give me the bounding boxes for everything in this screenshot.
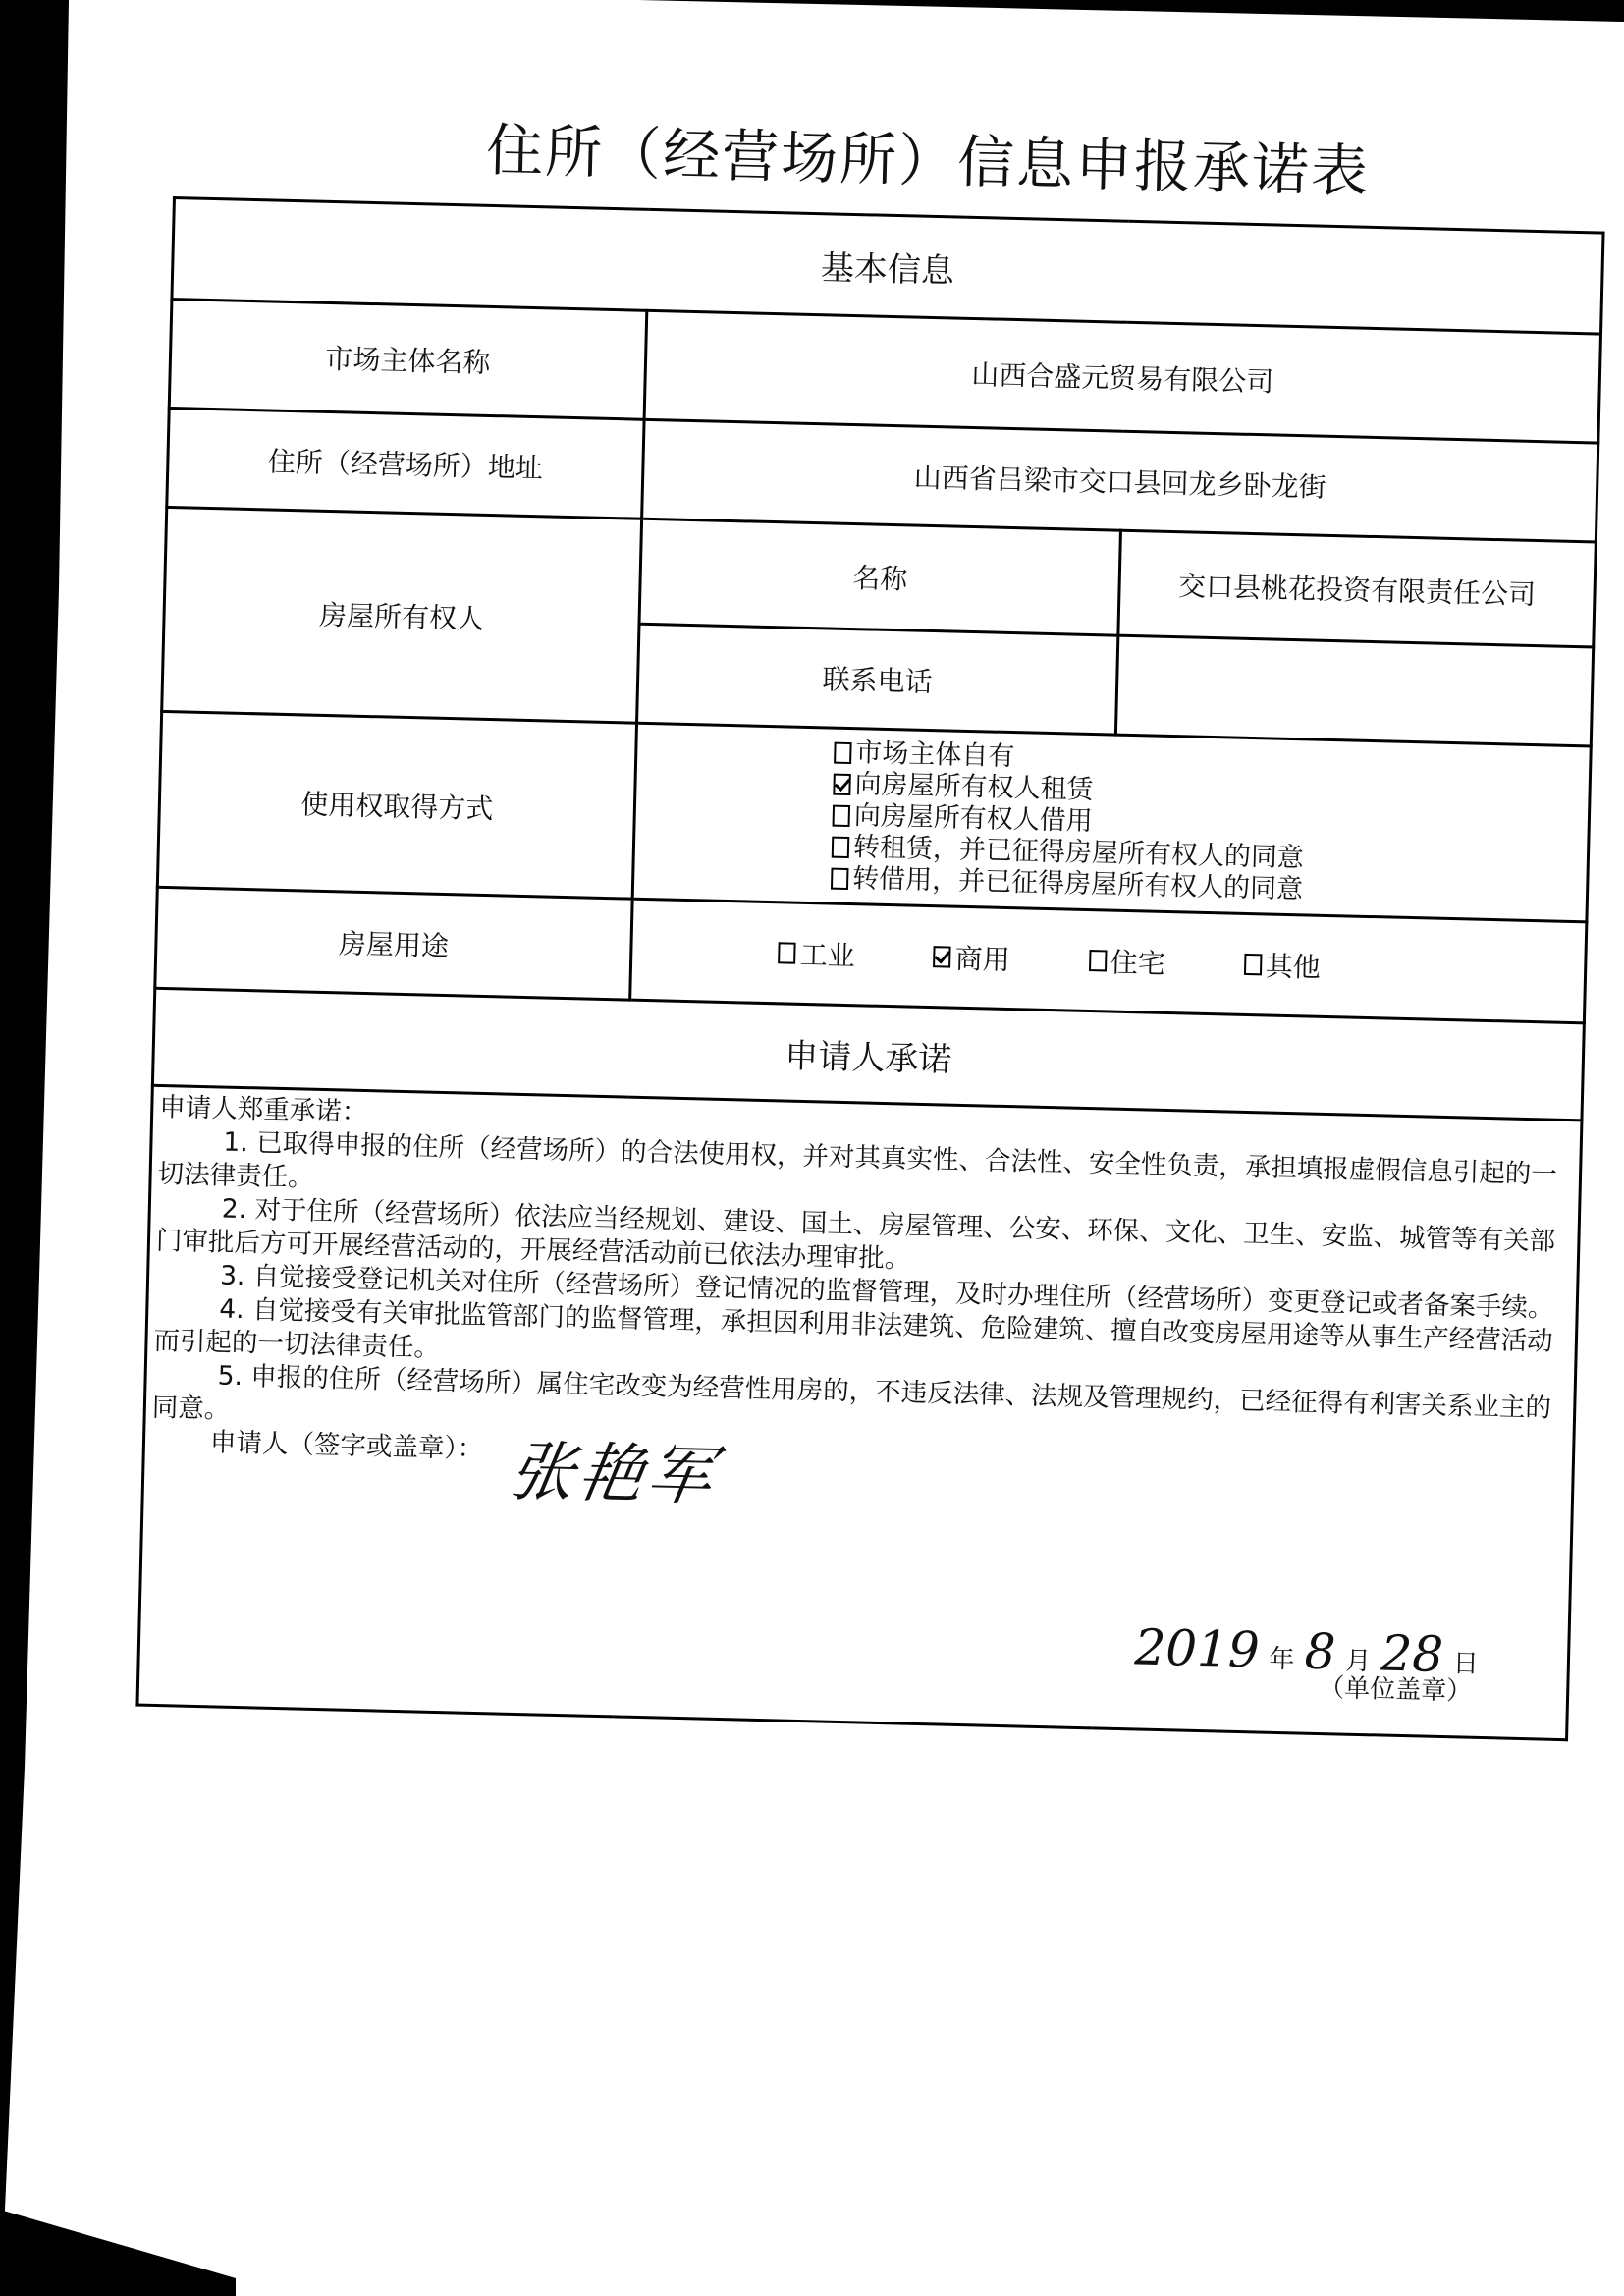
owner-name-label: 名称 [639, 519, 1120, 635]
date-block: 2019 年 8 月 28 日 （单位盖章） [1133, 1630, 1479, 1709]
date-month: 8 [1304, 1635, 1336, 1669]
checkbox-icon [1089, 950, 1108, 971]
checkbox-icon [832, 837, 850, 858]
owner-label: 房屋所有权人 [162, 507, 642, 723]
scan-border-top [0, 0, 1624, 29]
owner-phone-label: 联系电话 [637, 624, 1118, 735]
usage-option-residential[interactable]: 住宅 [1088, 941, 1165, 982]
acquisition-label: 使用权取得方式 [157, 711, 636, 899]
scan-border-bottom [0, 2190, 785, 2296]
signature-label: 申请人（签字或盖章）： [210, 1426, 484, 1466]
checkbox-icon [831, 868, 849, 890]
scan-border-left [0, 0, 79, 2296]
entity-name-label: 市场主体名称 [169, 300, 647, 420]
owner-name-value: 交口县桃花投资有限责任公司 [1118, 530, 1596, 647]
date-year-unit: 年 [1269, 1643, 1295, 1677]
declaration-table: 基本信息 市场主体名称 山西合盛元贸易有限公司 住所（经营场所）地址 山西省吕梁… [135, 196, 1604, 1741]
usage-option-other[interactable]: 其他 [1243, 945, 1321, 986]
handwritten-signature: 张艳军 [505, 1438, 722, 1511]
usage-option-commercial[interactable]: 商用 [933, 937, 1010, 978]
date-year: 2019 [1134, 1630, 1260, 1667]
checkbox-icon [833, 805, 851, 827]
date-day: 28 [1380, 1637, 1443, 1672]
address-label: 住所（经营场所）地址 [167, 408, 644, 519]
commitment-body: 申请人郑重承诺： 1. 已取得申报的住所（经营场所）的合法使用权，并对其真实性、… [137, 1085, 1582, 1739]
checkbox-icon [779, 942, 797, 963]
checkbox-icon [834, 742, 852, 764]
acquisition-options: 市场主体自有 向房屋所有权人租赁 向房屋所有权人借用 转租赁，并已征得房屋所有权… [632, 723, 1591, 922]
owner-phone-value [1115, 635, 1593, 746]
checkbox-checked-icon [833, 774, 851, 795]
checkbox-checked-icon [934, 946, 952, 967]
checkbox-icon [1243, 954, 1262, 975]
form-sheet: 住所（经营场所）信息申报承诺表 基本信息 市场主体名称 山西合盛元贸易有限公司 … [135, 88, 1604, 1741]
usage-label: 房屋用途 [155, 887, 632, 1000]
usage-option-industrial[interactable]: 工业 [778, 933, 855, 974]
